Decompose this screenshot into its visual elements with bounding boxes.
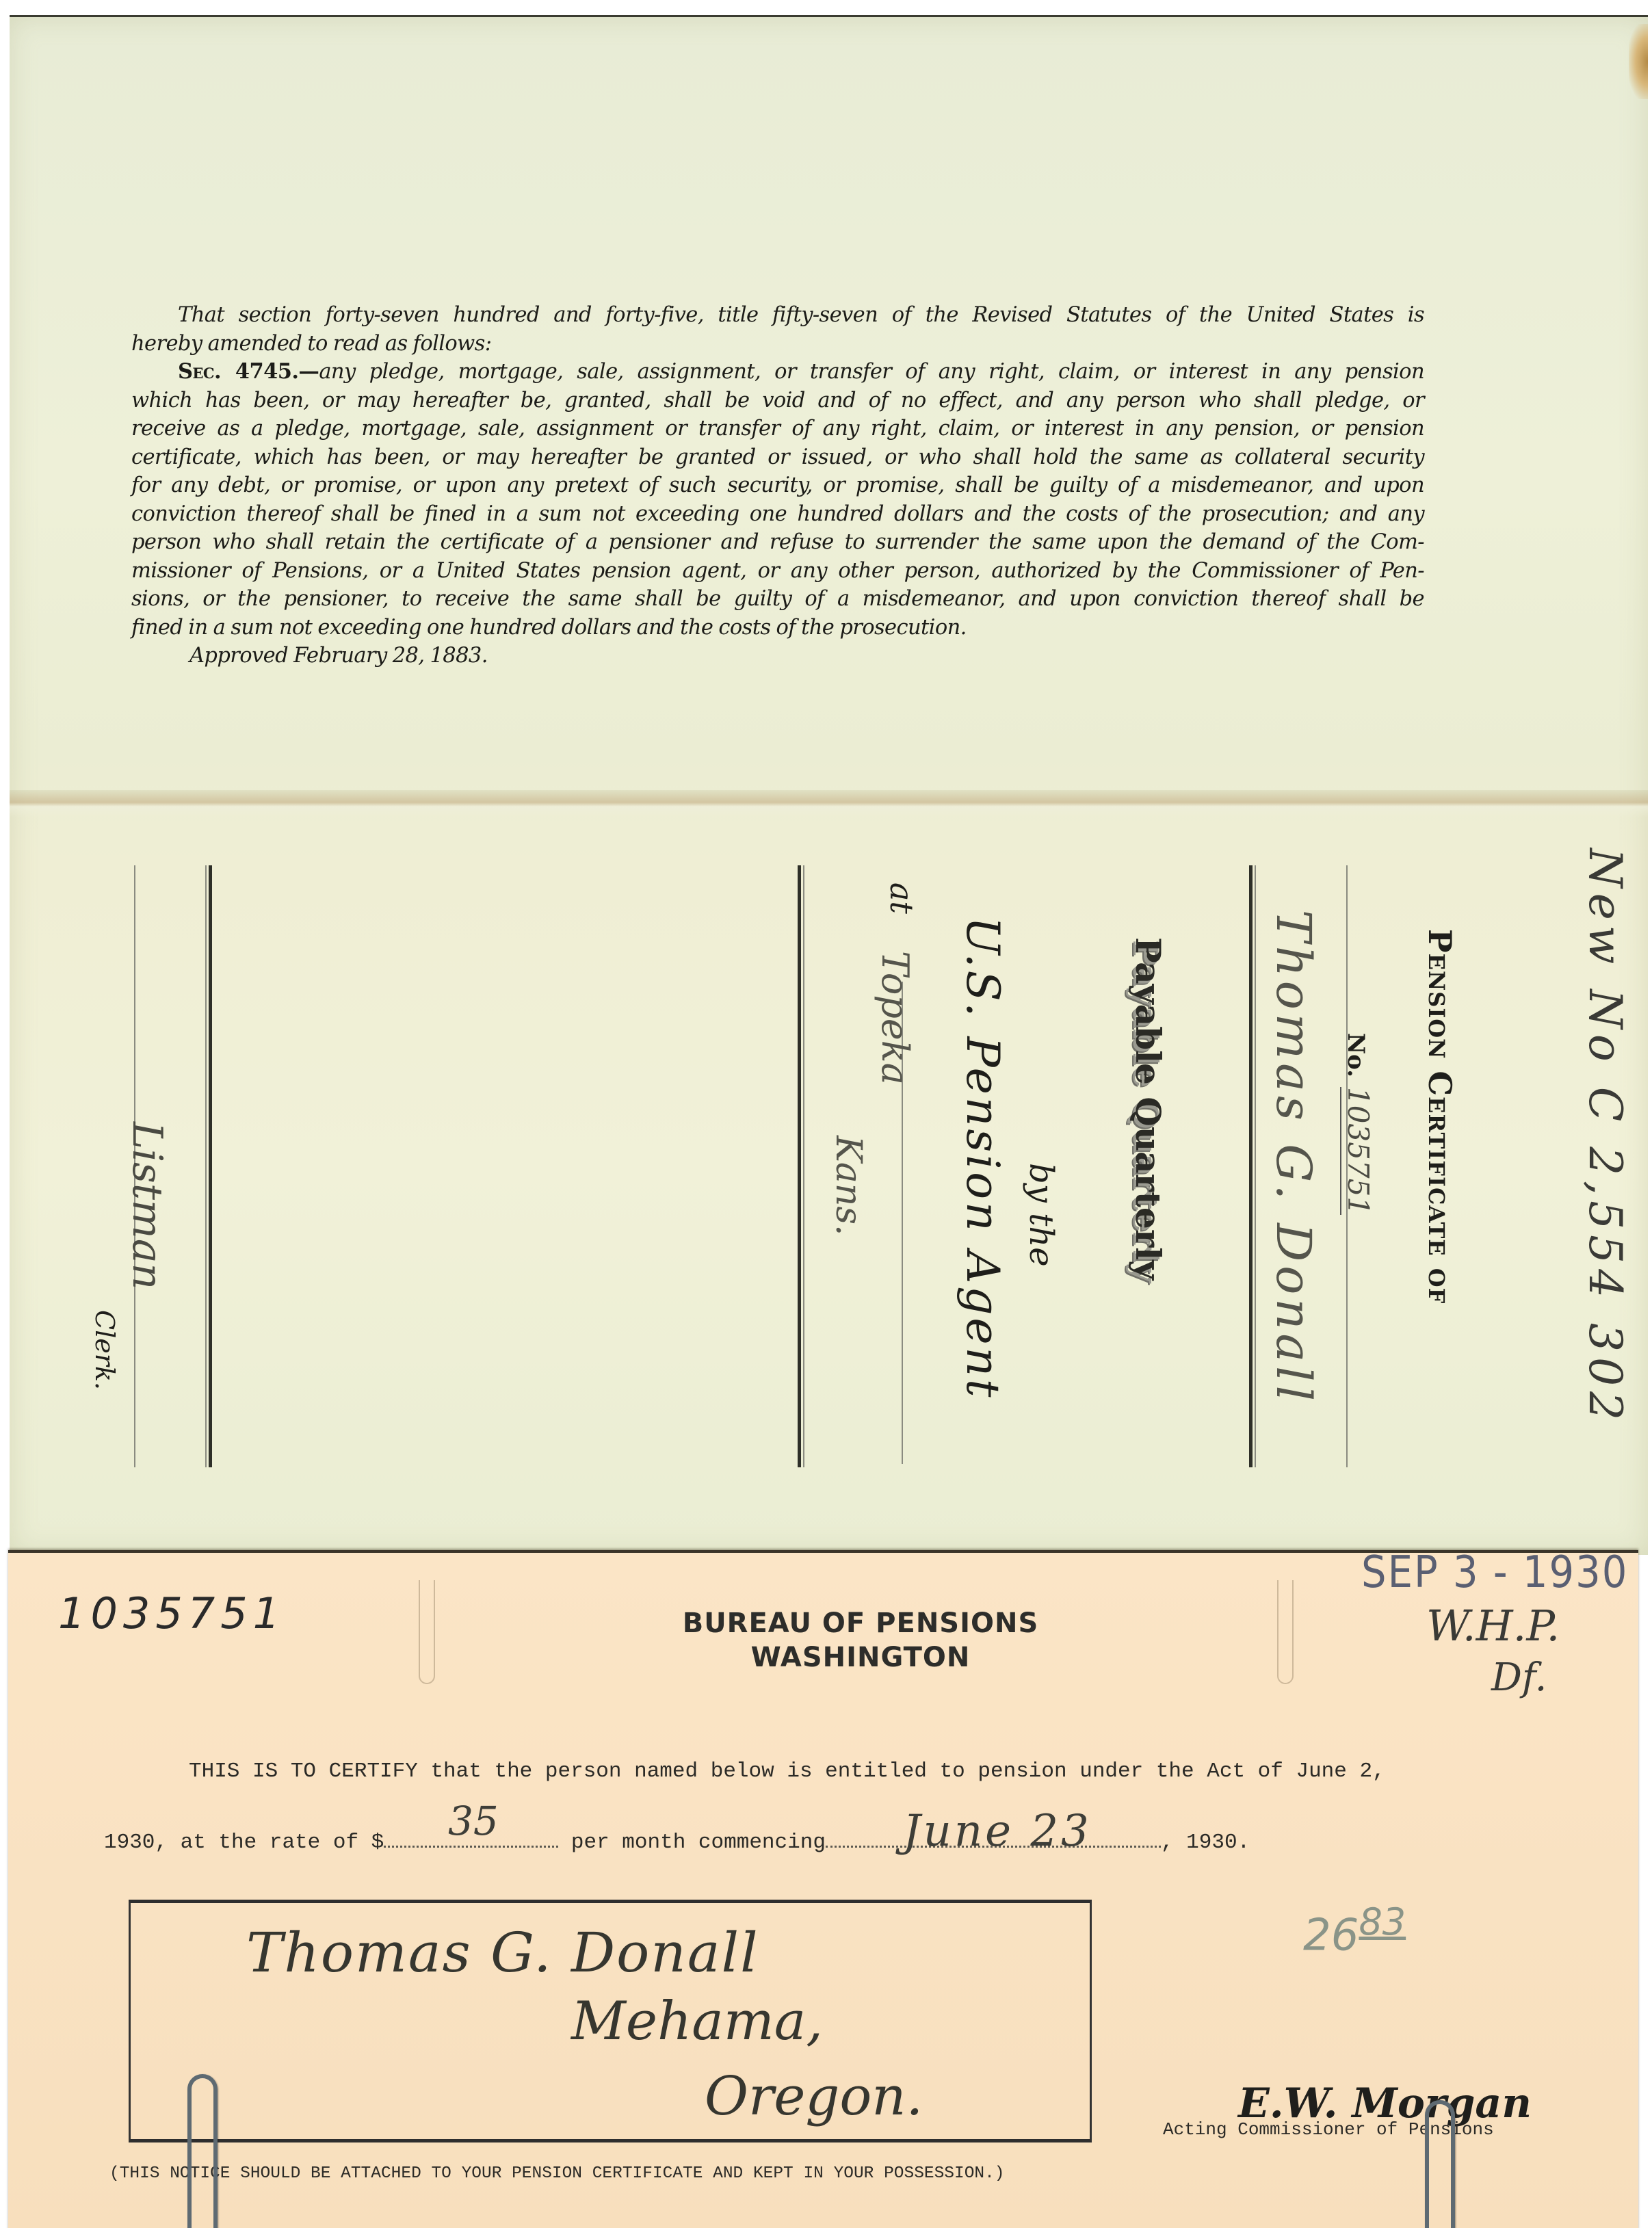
number-value: 1035751	[1340, 1087, 1375, 1215]
statute-line: for any debt, or promise, or upon any pr…	[131, 471, 1424, 500]
addressee-city: Mehama,	[571, 1991, 823, 2052]
rule-line	[803, 865, 804, 1467]
paperclip-icon	[187, 2074, 218, 2228]
at-label: at	[883, 882, 920, 914]
clerk-signature: Listman	[123, 1122, 171, 1289]
statute-line: person who shall retain the certificate …	[131, 528, 1424, 557]
clip-slot	[1277, 1580, 1294, 1684]
by-the-label: by the	[1022, 1163, 1060, 1267]
rule-line	[1249, 865, 1253, 1467]
paperclip-icon	[1425, 2100, 1455, 2228]
statute-line: missioner of Pensions, or a United State…	[131, 557, 1424, 586]
bureau-header: BUREAU OF PENSIONS	[519, 1608, 1203, 1639]
pencil-note: 2683	[1303, 1900, 1406, 1961]
statute-line: receive as a pledge, mortgage, sale, ass…	[131, 415, 1424, 443]
certificate-number: No. 1035751	[1341, 1033, 1375, 1215]
addressee-name: Thomas G. Donall	[246, 1921, 759, 1984]
section-label: Sec. 4745.—	[178, 359, 319, 384]
statute-line: conviction thereof shall be fined in a s…	[131, 500, 1424, 529]
statute-line: Sec. 4745.—any pledge, mortgage, sale, a…	[131, 358, 1424, 386]
statute-text: That section forty-seven hundred and for…	[131, 301, 1424, 670]
agent-city: Topeka	[874, 951, 917, 1085]
pension-agent-label: U.S. Pension Agent	[956, 917, 1009, 1400]
statute-line: certificate, which has been, or may here…	[131, 443, 1424, 472]
rule-line	[798, 865, 801, 1467]
statute-line: hereby amended to read as follows:	[131, 330, 1424, 358]
statute-line: That section forty-seven hundred and for…	[131, 301, 1424, 330]
rule-line	[205, 865, 207, 1467]
rate-value: 35	[448, 1798, 499, 1844]
statute-line: sions, or the pensioner, to receive the …	[131, 585, 1424, 614]
certificate-title: Pension Certificate of	[1421, 929, 1458, 1304]
fold-crease	[10, 790, 1648, 817]
pensioner-name: Thomas G. Donall	[1266, 910, 1322, 1405]
bureau-location: WASHINGTON	[519, 1642, 1203, 1673]
clip-slot	[419, 1580, 435, 1684]
agent-state: Kans.	[828, 1136, 869, 1236]
number-label: No.	[1342, 1033, 1369, 1077]
addressee-state: Oregon.	[705, 2066, 923, 2127]
rule-line	[1255, 865, 1256, 1467]
clerk-initials: W.H.P.	[1426, 1601, 1560, 1651]
commencing-date: June 23	[903, 1806, 1092, 1857]
corner-stain	[1629, 24, 1648, 99]
notice-footer: (THIS NOTICE SHOULD BE ATTACHED TO YOUR …	[109, 2164, 1005, 2183]
rate-field	[384, 1846, 558, 1848]
clerk-initials-2: Df.	[1491, 1655, 1547, 1700]
certify-line-1: THIS IS TO CERTIFY that the person named…	[189, 1759, 1385, 1783]
payable-quarterly-label: Payable Quarterly	[1128, 937, 1168, 1280]
handwritten-new-number: New No C 2,554 302	[1579, 848, 1631, 1426]
pension-certificate-sheet	[10, 15, 1648, 1555]
statute-line: fined in a sum not exceeding one hundred…	[131, 614, 1424, 642]
approved-date: Approved February 28, 1883.	[131, 642, 1424, 670]
clerk-label: Clerk.	[90, 1310, 120, 1390]
received-date-stamp: SEP 3 - 1930	[1361, 1547, 1628, 1598]
file-number: 1035751	[58, 1588, 285, 1638]
rule-line	[209, 865, 212, 1467]
statute-line: which has been, or may hereafter be, gra…	[131, 386, 1424, 415]
